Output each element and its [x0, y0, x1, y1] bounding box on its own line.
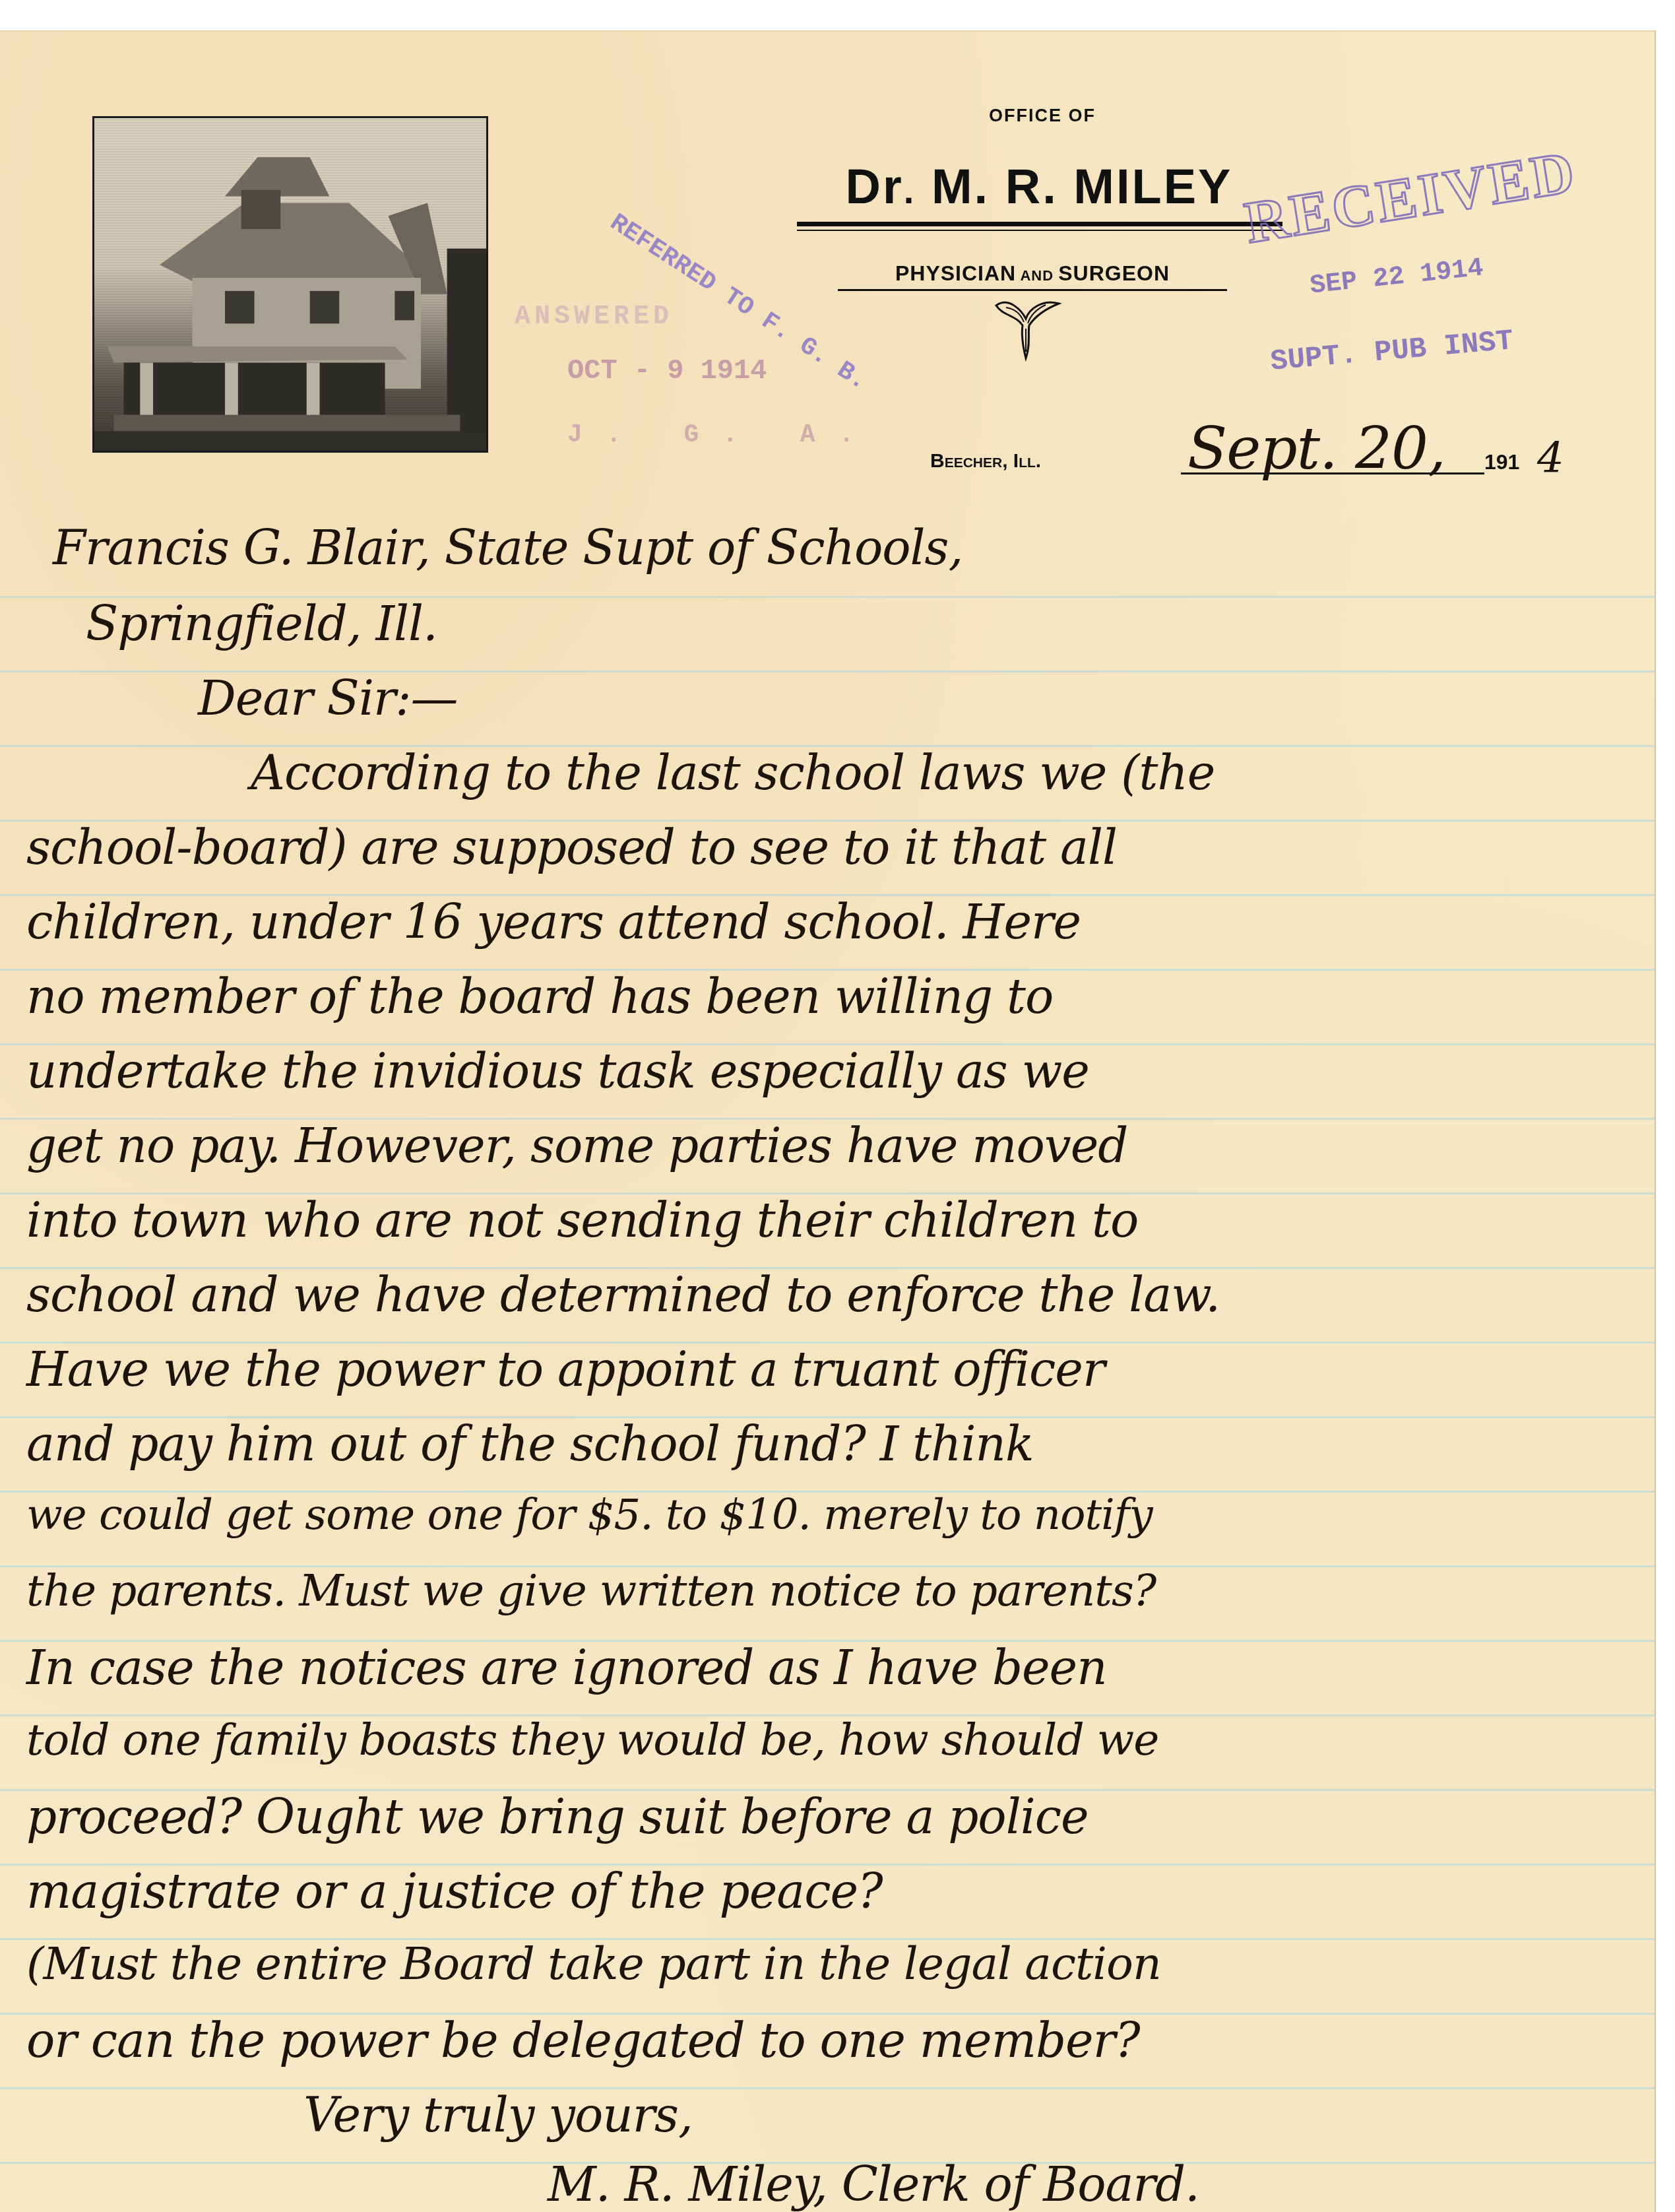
house-illustration-icon [94, 118, 486, 451]
name-prefix: Dr [846, 159, 904, 214]
name-prefix-dot: . [904, 170, 916, 211]
body-line: the parents. Must we give written notice… [26, 1565, 1156, 1616]
letterhead-office-of: OFFICE OF [943, 106, 1141, 126]
body-line: children, under 16 years attend school. … [26, 894, 1081, 950]
received-stamp-date: SEP 22 1914 [1308, 253, 1484, 301]
handwritten-year-digit: 4 [1537, 434, 1564, 483]
received-stamp-title: RECEIVED [1240, 138, 1581, 257]
name-underline-thin [797, 230, 1282, 231]
ruled-line [0, 2087, 1655, 2089]
letterhead-doctor-name: Dr. M. R. MILEY [795, 157, 1283, 220]
letterhead-city: Beecher, Ill. [930, 450, 1115, 472]
salutation: Dear Sir:— [198, 670, 458, 726]
body-line: into town who are not sending their chil… [26, 1192, 1138, 1248]
letterhead-year-prefix: 191 [1484, 450, 1544, 474]
closing: Very truly yours, [303, 2087, 693, 2143]
profession-and: AND [1016, 267, 1058, 284]
handwritten-date: Sept. 20, [1187, 414, 1445, 482]
answered-stamp-label: ANSWERED [515, 302, 673, 332]
house-photograph [92, 116, 488, 453]
answered-stamp-initials: J. G. A. [567, 421, 877, 449]
body-line: magistrate or a justice of the peace? [26, 1864, 883, 1919]
answered-stamp-date: OCT - 9 1914 [567, 355, 767, 387]
address-line-2: Springfield, Ill. [86, 596, 437, 651]
body-line: According to the last school laws we (th… [251, 745, 1215, 800]
profession-physician: PHYSICIAN [895, 261, 1016, 285]
body-line: (Must the entire Board take part in the … [26, 1938, 1161, 1990]
body-line: no member of the board has been willing … [26, 969, 1053, 1024]
received-stamp-office: SUPT. PUB INST [1269, 325, 1515, 379]
body-line: school-board) are supposed to see to it … [26, 820, 1117, 875]
letter-page: OFFICE OF Dr. M. R. MILEY PHYSICIAN AND … [0, 30, 1656, 2212]
body-line: proceed? Ought we bring suit before a po… [26, 1789, 1089, 1844]
body-line: we could get some one for $5. to $10. me… [26, 1491, 1153, 1540]
profession-underline [838, 289, 1227, 291]
body-line: get no pay. However, some parties have m… [26, 1118, 1127, 1173]
signature: M. R. Miley, Clerk of Board. [548, 2157, 1199, 2212]
body-line: told one family boasts they would be, ho… [26, 1714, 1158, 1765]
profession-surgeon: SURGEON [1058, 261, 1170, 285]
body-line: and pay him out of the school fund? I th… [26, 1416, 1034, 1472]
body-line: In case the notices are ignored as I hav… [26, 1640, 1107, 1695]
letterhead-profession: PHYSICIAN AND SURGEON [838, 261, 1227, 286]
flourish-ornament-icon [990, 296, 1062, 362]
body-line: undertake the invidious task especially … [26, 1043, 1089, 1099]
address-line-1: Francis G. Blair, State Supt of Schools, [53, 520, 963, 575]
doctor-name: M. R. MILEY [916, 159, 1232, 214]
body-line: Have we the power to appoint a truant of… [26, 1342, 1104, 1397]
body-line: or can the power be delegated to one mem… [26, 2013, 1140, 2068]
name-underline [797, 222, 1282, 226]
body-line: school and we have determined to enforce… [26, 1267, 1220, 1322]
